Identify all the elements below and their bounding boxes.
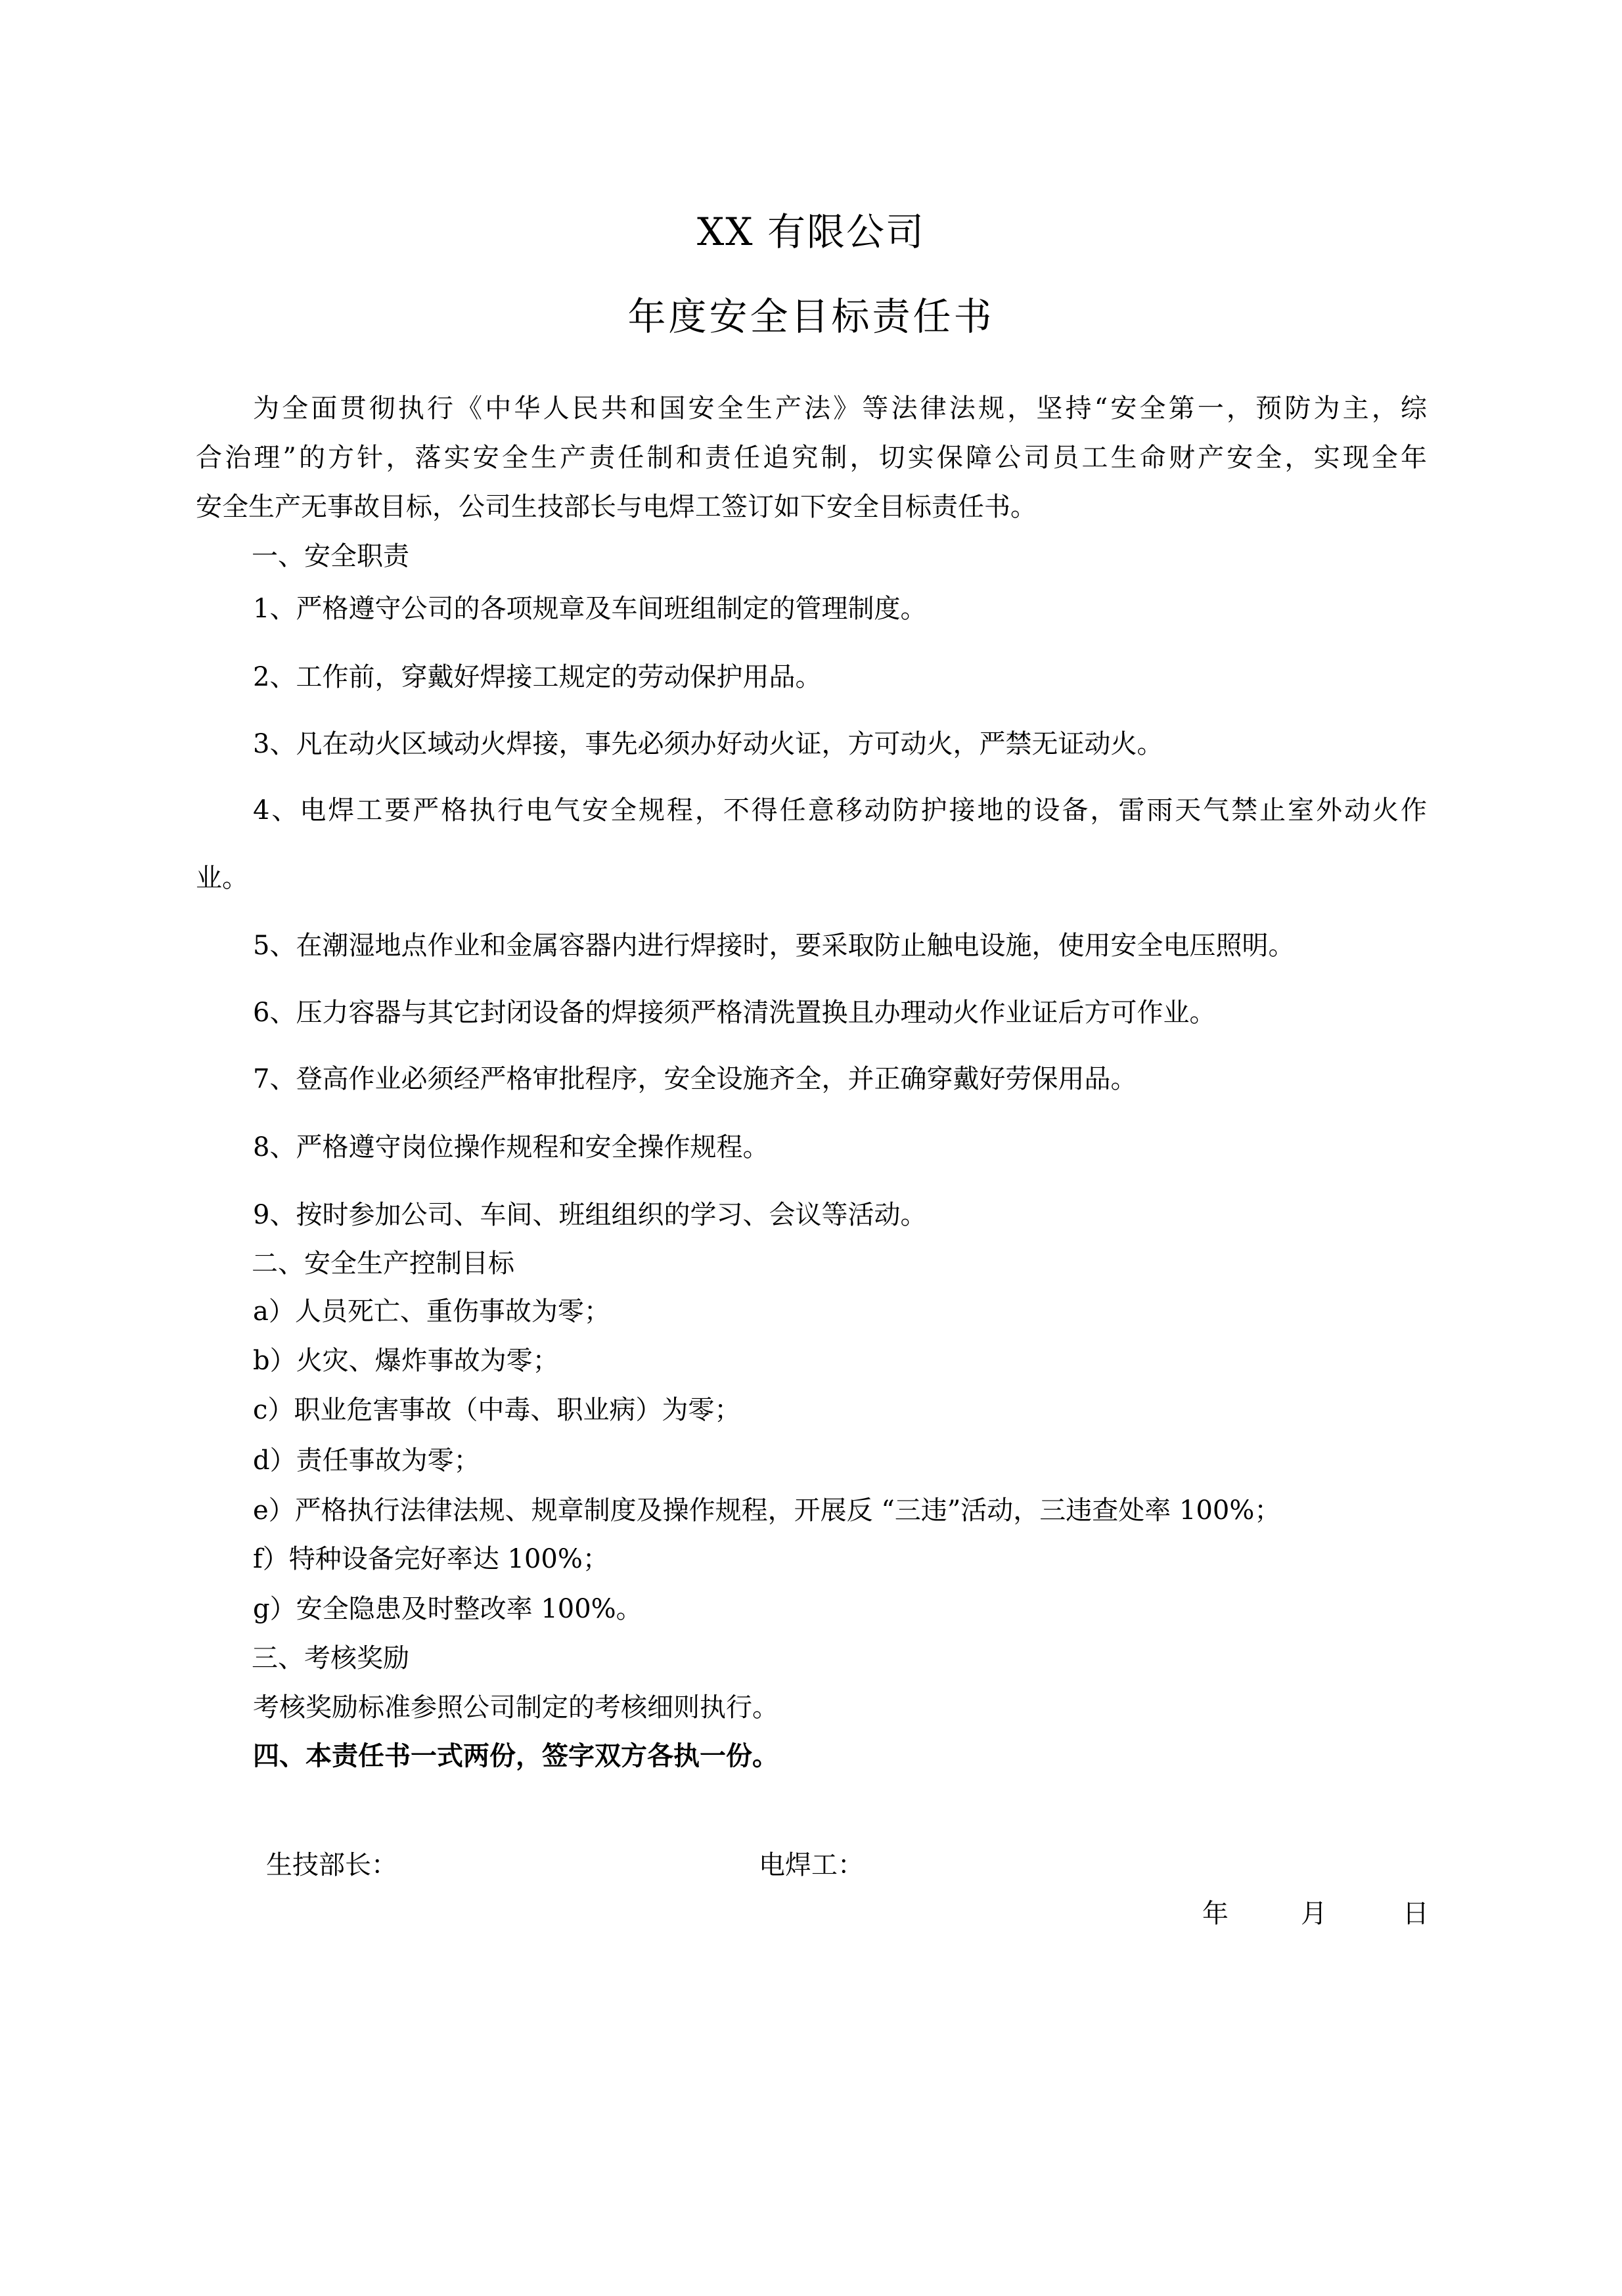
duty-item-1: 1、严格遵守公司的各项规章及车间班组制定的管理制度。 [253, 592, 926, 625]
duty-item-8: 8、严格遵守岗位操作规程和安全操作规程。 [253, 1131, 769, 1164]
company-name: XX 有限公司 [0, 209, 1622, 255]
intro-line-1: 为全面贯彻执行《中华人民共和国安全生产法》等法律法规，坚持“安全第一，预防为主，… [253, 392, 1427, 425]
section-heading-assessment-rewards: 三、考核奖励 [252, 1642, 409, 1675]
target-item-f: f）特种设备完好率达 100%； [253, 1543, 609, 1576]
target-item-c: c）职业危害事故（中毒、职业病）为零； [253, 1394, 740, 1426]
assessment-text: 考核奖励标准参照公司制定的考核细则执行。 [253, 1691, 778, 1724]
duty-item-4-continued: 业。 [196, 862, 248, 894]
duty-item-5: 5、在潮湿地点作业和金属容器内进行焊接时，要采取防止触电设施，使用安全电压照明。 [253, 929, 1294, 962]
duty-item-6: 6、压力容器与其它封闭设备的焊接须严格清洗置换且办理动火作业证后方可作业。 [253, 996, 1215, 1029]
duty-item-9: 9、按时参加公司、车间、班组组织的学习、会议等活动。 [253, 1199, 926, 1231]
target-item-a: a）人员死亡、重伤事故为零； [253, 1295, 610, 1328]
target-item-e: e）严格执行法律法规、规章制度及操作规程，开展反 “三违”活动，三违查处率 10… [253, 1494, 1280, 1527]
date-day-label: 日 [1403, 1897, 1429, 1930]
section-heading-control-targets: 二、安全生产控制目标 [252, 1247, 514, 1280]
target-item-b: b）火灾、爆炸事故为零； [253, 1344, 559, 1377]
signature-label-welder: 电焊工： [759, 1849, 864, 1882]
document-page: XX 有限公司 年度安全目标责任书 为全面贯彻执行《中华人民共和国安全生产法》等… [0, 0, 1622, 2296]
target-item-d: d）责任事故为零； [253, 1444, 480, 1477]
duty-item-7: 7、登高作业必须经严格审批程序，安全设施齐全，并正确穿戴好劳保用品。 [253, 1063, 1137, 1095]
date-year-label: 年 [1202, 1897, 1228, 1930]
duty-item-4: 4、电焊工要严格执行电气安全规程，不得任意移动防护接地的设备，雷雨天气禁止室外动… [253, 794, 1427, 827]
signature-label-department-head: 生技部长： [266, 1849, 397, 1882]
section-heading-safety-duties: 一、安全职责 [252, 540, 409, 573]
document-title: 年度安全目标责任书 [0, 294, 1622, 340]
date-month-label: 月 [1301, 1897, 1327, 1930]
intro-line-3: 安全生产无事故目标，公司生技部长与电焊工签订如下安全目标责任书。 [196, 491, 1037, 523]
intro-line-2: 合治理”的方针，落实安全生产责任制和责任追究制，切实保障公司员工生命财产安全，实… [196, 441, 1427, 474]
duty-item-3: 3、凡在动火区域动火焊接，事先必须办好动火证，方可动火，严禁无证动火。 [253, 728, 1163, 761]
target-item-g: g）安全隐患及时整改率 100%。 [253, 1593, 642, 1625]
duty-item-2: 2、工作前，穿戴好焊接工规定的劳动保护用品。 [253, 661, 821, 694]
section-heading-copies: 四、本责任书一式两份，签字双方各执一份。 [253, 1740, 778, 1773]
